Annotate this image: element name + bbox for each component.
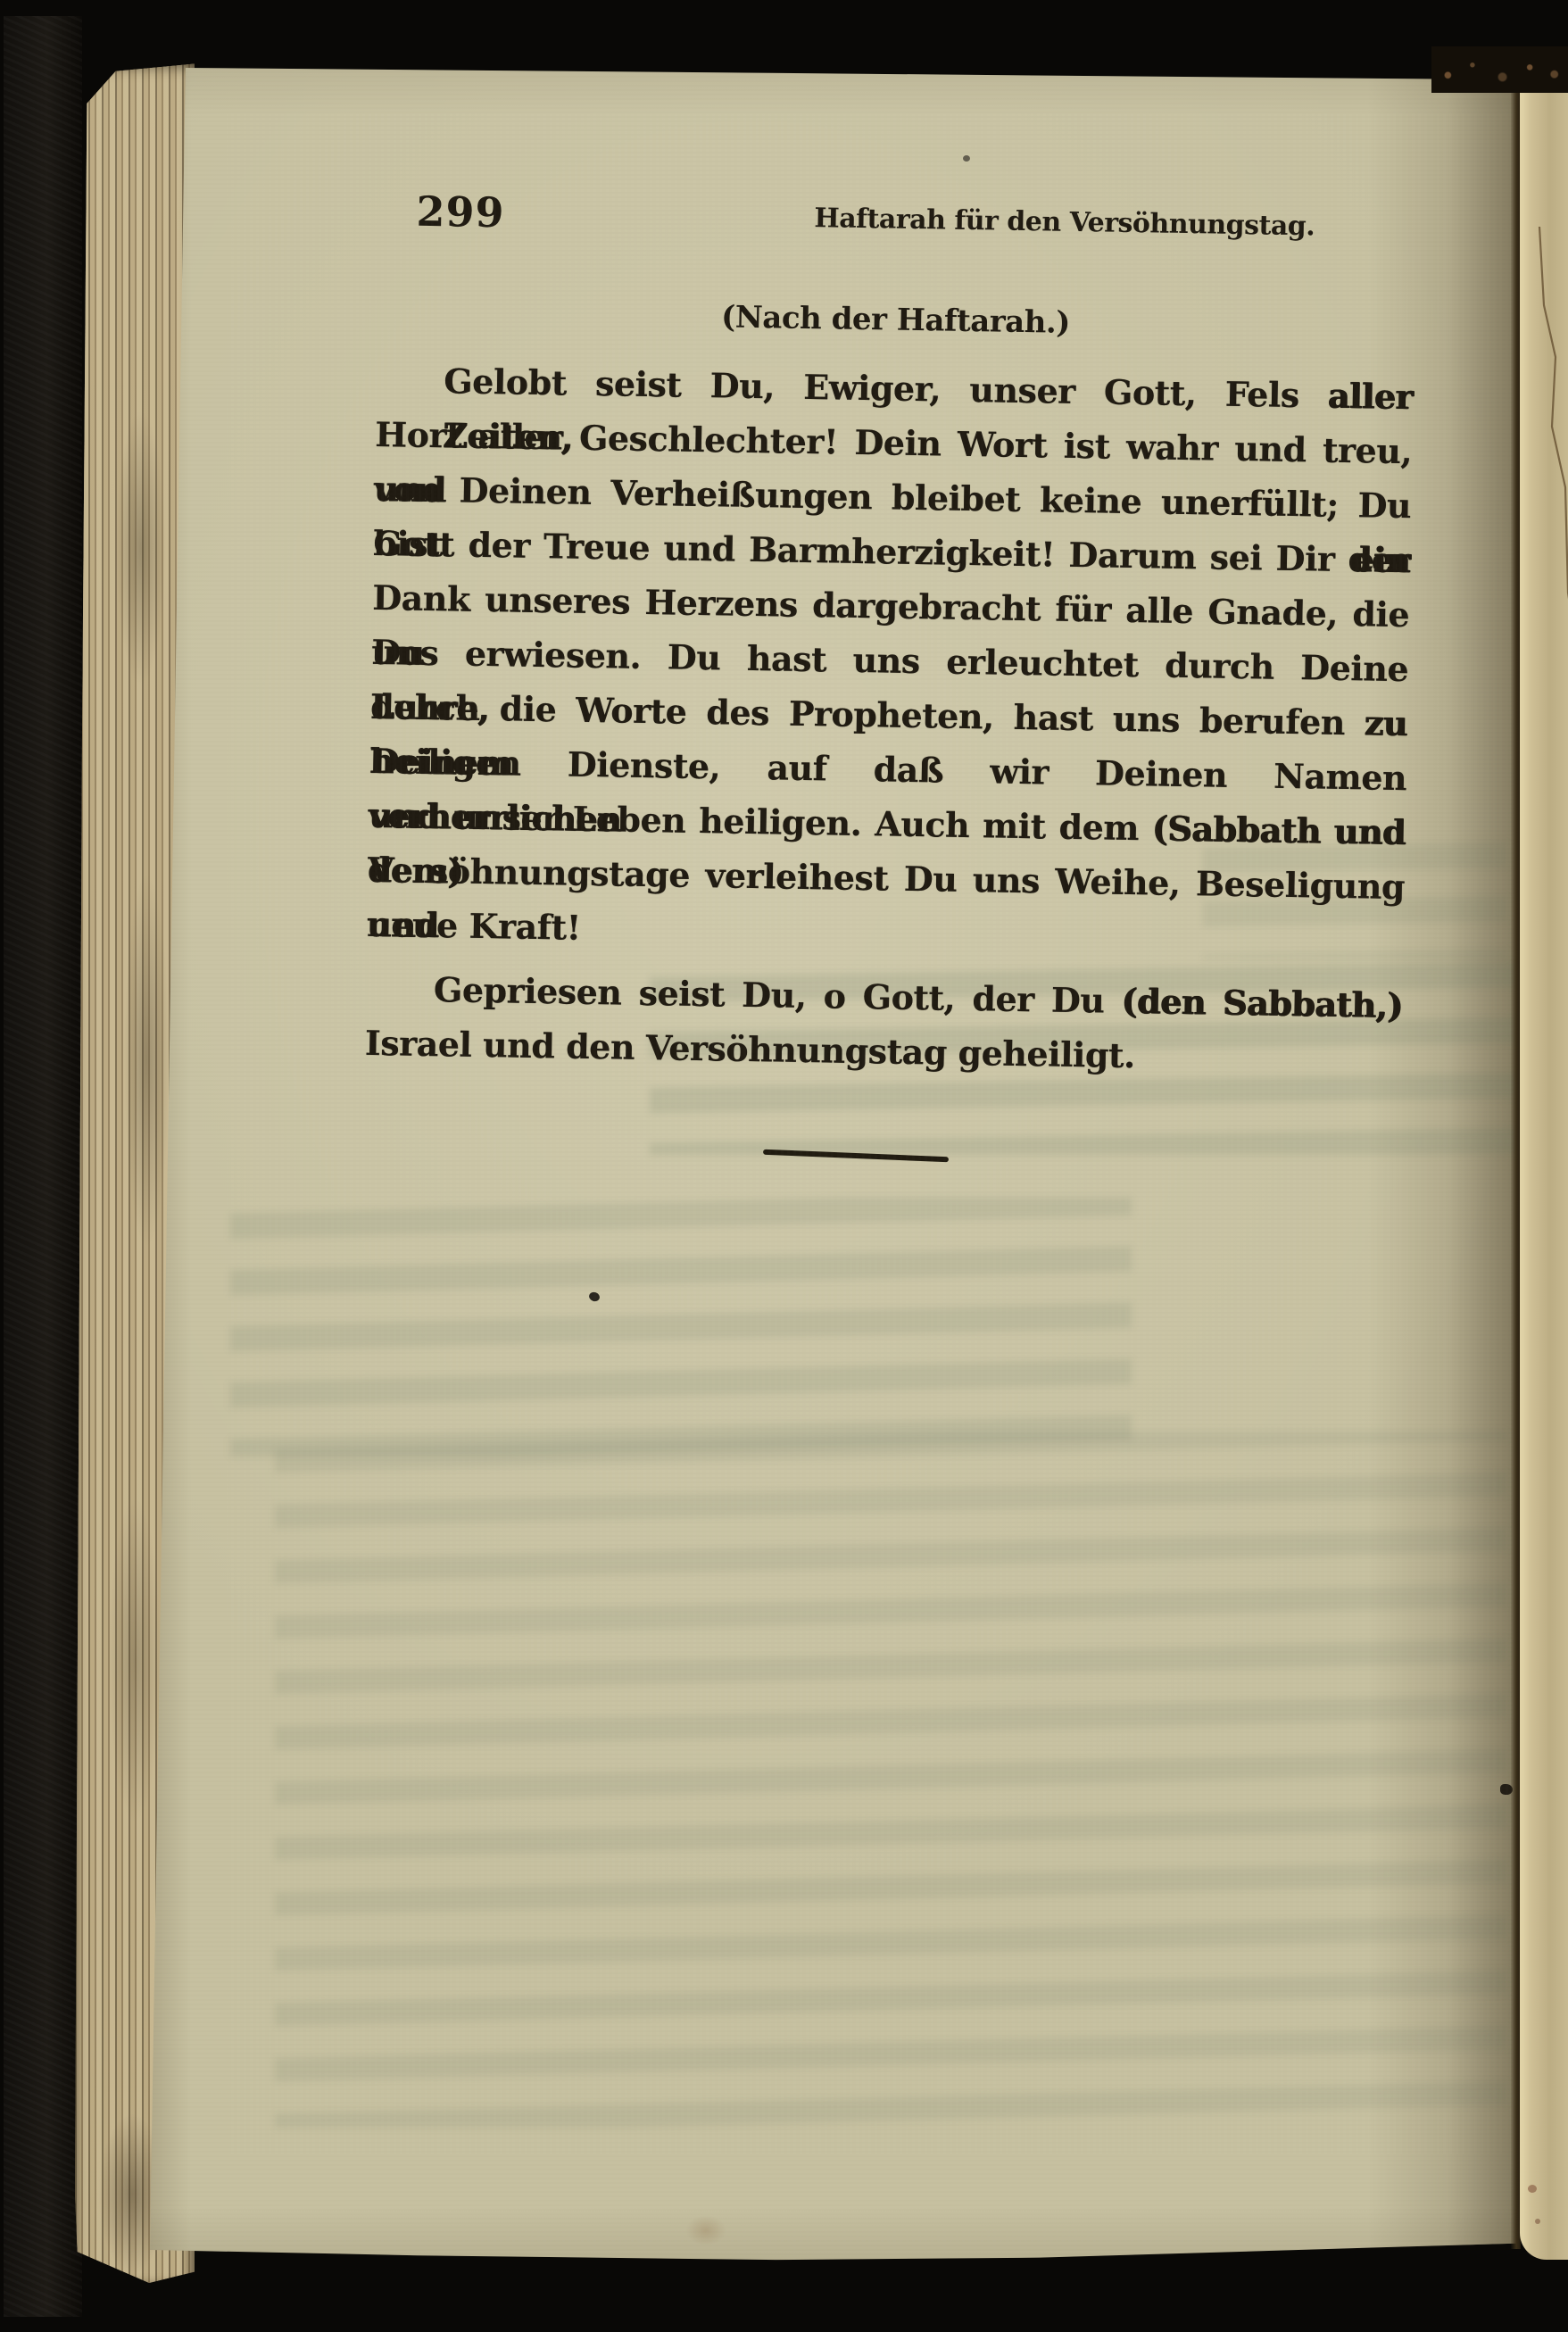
body-text: Israel und den Versöhnungstag geheiligt.: [365, 1023, 1136, 1075]
body-text: Versöhnungstage verleihest Du uns Weihe,…: [368, 850, 1406, 907]
body-text: Gepriesen seist Du, o Gott, der Du: [434, 969, 1122, 1021]
body-paragraph: Gepriesen seist Du, o Gott, der Du (den …: [365, 961, 1404, 1087]
book-cover-edge: [4, 16, 82, 2317]
running-header: Haftarah für den Versöhnungstag.: [814, 203, 1218, 240]
bleedthrough-text-area: [275, 1432, 1506, 2128]
end-divider-rule: [763, 1149, 949, 1163]
book-page: 299 Haftarah für den Versöhnungstag. (Na…: [150, 66, 1519, 2269]
page-number: 299: [416, 187, 505, 237]
body-text: uns erwiesen. Du hast uns erleuchtet dur…: [371, 632, 1409, 689]
emphasized-text: der: [1348, 539, 1411, 580]
section-note: (Nach der Haftarah.): [377, 294, 1415, 346]
body-text: und unser Leben heiligen. Auch mit dem: [369, 795, 1152, 849]
ink-speck: [963, 155, 970, 162]
book-scan: { "document": { "page_number": "299", "r…: [0, 0, 1568, 2332]
body-text: Gott der Treue und Barmherzigkeit! Darum…: [373, 523, 1348, 579]
paper-stain: [1535, 2219, 1540, 2224]
body-text: Gelobt seist Du, Ewiger, unser Gott, Fel…: [444, 361, 1328, 415]
body-text: heiligen Dienste, auf daß wir Deinen Nam…: [369, 741, 1407, 798]
printed-content: 299 Haftarah für den Versöhnungstag. (Na…: [360, 183, 1415, 1360]
emphasized-text: (den Sabbath,): [1121, 981, 1403, 1025]
body-paragraph: Gelobt seist Du, Ewiger, unser Gott, Fel…: [367, 353, 1414, 968]
body-text: neue Kraft!: [367, 904, 581, 948]
body-text: Hort aller Geschlechter! Dein Wort ist w…: [375, 414, 1413, 471]
paper-crack: [1520, 86, 1568, 978]
body-text: durch die Worte des Propheten, hast uns …: [370, 686, 1365, 743]
paper-stain: [1528, 2185, 1537, 2193]
paper-stain: [685, 2215, 726, 2245]
torn-paper-edge: [1431, 46, 1568, 93]
